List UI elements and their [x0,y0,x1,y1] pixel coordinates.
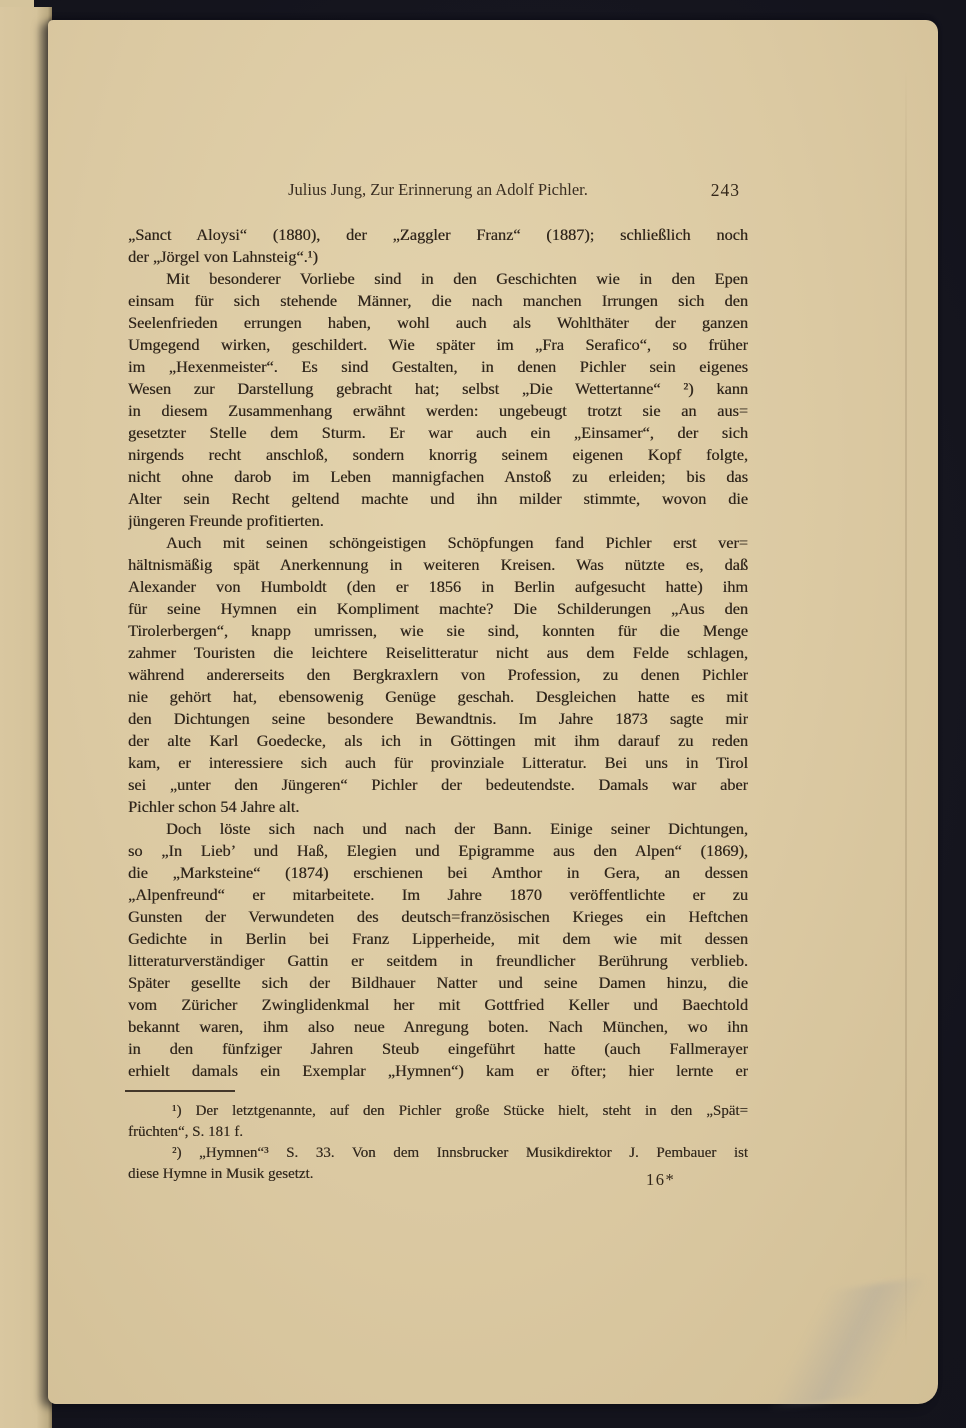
page-number: 243 [711,180,740,201]
book-page: Julius Jung, Zur Erinnerung an Adolf Pic… [48,20,938,1404]
text-line: „Alpenfreund“ er mitarbeitete. Im Jahre … [128,884,748,906]
footnote-line: ¹) Der letztgenannte, auf den Pichler gr… [128,1101,748,1122]
footnote-rule [125,1090,235,1092]
text-line: nie gehört hat, ebensowenig Genüge gesch… [128,686,748,708]
text-line: so „In Lieb’ und Haß, Elegien und Epigra… [128,840,748,862]
text-line: die „Marksteine“ (1874) erschienen bei A… [128,862,748,884]
text-line: im „Hexenmeister“. Es sind Gestalten, in… [128,356,748,378]
photo-background: { "header": { "title": "Julius Jung, Zur… [0,0,966,1428]
text-line: der alte Karl Goedecke, als ich in Götti… [128,730,748,752]
text-line: der „Jörgel von Lahnsteig“.¹) [128,246,748,268]
text-line: Seelenfrieden errungen haben, wohl auch … [128,312,748,334]
signature-mark: 16* [646,1170,675,1190]
text-line: Alexander von Humboldt (den er 1856 in B… [128,576,748,598]
under-page-edge [0,7,52,1428]
text-line: litteraturverständiger Gattin er seitdem… [128,950,748,972]
text-line: für seine Hymnen ein Kompliment machte? … [128,598,748,620]
text-line: Umgegend wirken, geschildert. Wie später… [128,334,748,356]
footnote-line: früchten“, S. 181 f. [128,1122,748,1143]
text-line: einsam für sich stehende Männer, die nac… [128,290,748,312]
text-line: gesetzter Stelle dem Sturm. Er war auch … [128,422,748,444]
text-line: Pichler schon 54 Jahre alt. [128,796,748,818]
text-line: Alter sein Recht geltend machte und ihn … [128,488,748,510]
text-line: vom Züricher Zwinglidenkmal her mit Gott… [128,994,748,1016]
running-title: Julius Jung, Zur Erinnerung an Adolf Pic… [288,180,588,199]
page-header: Julius Jung, Zur Erinnerung an Adolf Pic… [128,180,748,206]
text-line: den Dichtungen seine besondere Bewandtni… [128,708,748,730]
text-line: hältnismäßig spät Anerkennung in weitere… [128,554,748,576]
text-line: Mit besonderer Vorliebe sind in den Gesc… [128,268,748,290]
text-line: Wesen zur Darstellung gebracht hat; selb… [128,378,748,400]
text-line: Gunsten der Verwundeten des deutsch=fran… [128,906,748,928]
text-line: Gedichte in Berlin bei Franz Lipperheide… [128,928,748,950]
text-line: jüngeren Freunde profitierten. [128,510,748,532]
text-line: Doch löste sich nach und nach der Bann. … [128,818,748,840]
text-line: bekannt waren, ihm also neue Anregung bo… [128,1016,748,1038]
corner-smudge [735,1277,938,1412]
text-line: zahmer Touristen die leichtere Reiselitt… [128,642,748,664]
text-line: Später gesellte sich der Bildhauer Natte… [128,972,748,994]
text-line: „Sanct Aloysi“ (1880), der „Zaggler Fran… [128,224,748,246]
text-line: nicht ohne darob im Leben mannigfachen A… [128,466,748,488]
text-line: in diesem Zusammenhang erwähnt werden: u… [128,400,748,422]
text-line: sei „unter den Jüngeren“ Pichler der bed… [128,774,748,796]
footnote-line: ²) „Hymnen“³ S. 33. Von dem Innsbrucker … [128,1143,748,1164]
page-fold-line [905,70,907,1350]
text-line: in den fünfziger Jahren Steub eingeführt… [128,1038,748,1060]
text-line: nirgends recht anschloß, sondern knorrig… [128,444,748,466]
text-line: Auch mit seinen schöngeistigen Schöpfung… [128,532,748,554]
text-line: erhielt damals ein Exemplar „Hymnen“) ka… [128,1060,748,1082]
text-line: kam, er interessiere sich auch für provi… [128,752,748,774]
text-line: Tirolerbergen“, knapp umrissen, wie sie … [128,620,748,642]
text-line: während andererseits den Bergkraxlern vo… [128,664,748,686]
body-text: „Sanct Aloysi“ (1880), der „Zaggler Fran… [128,224,748,1082]
